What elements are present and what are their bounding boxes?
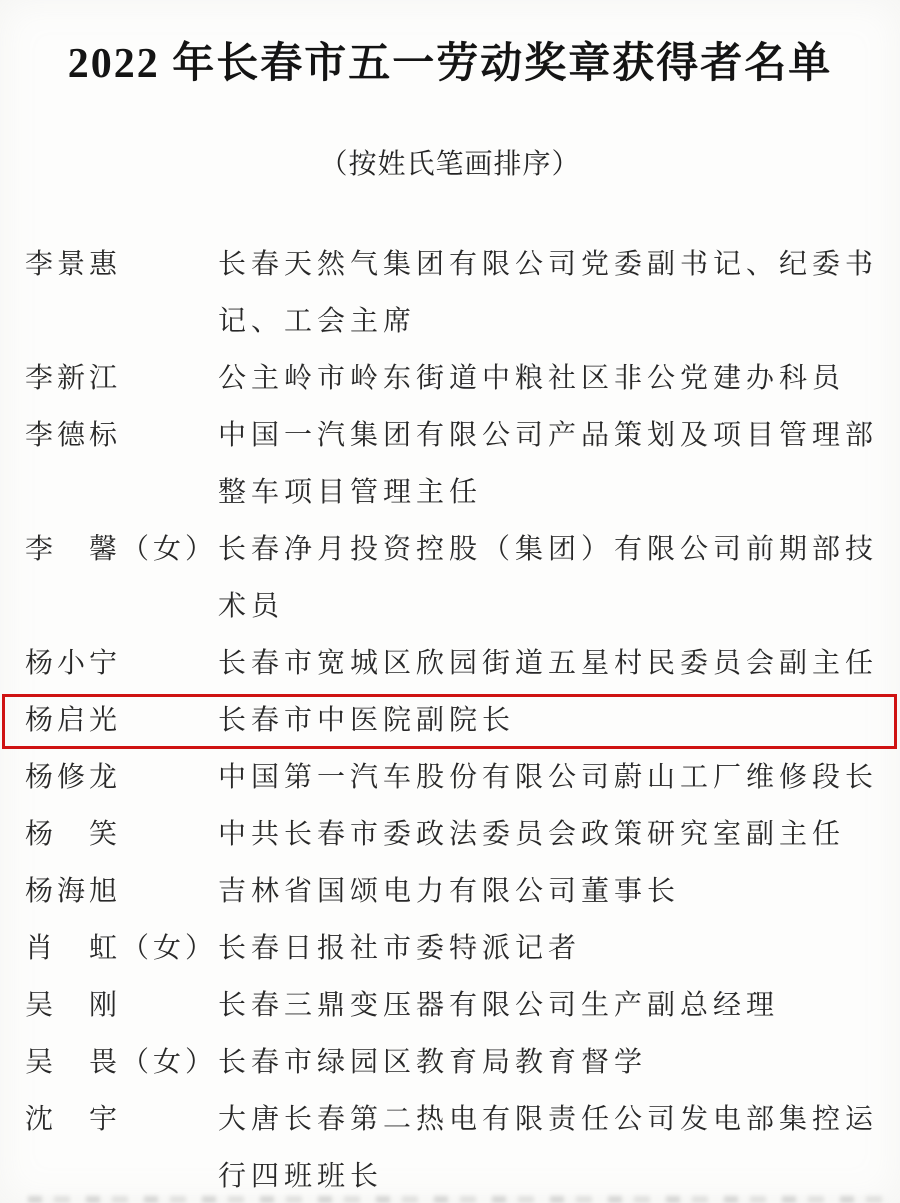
recipient-name: 杨修龙 [25, 749, 218, 806]
recipient-role: 中国一汽集团有限公司产品策划及项目管理部整车项目管理主任 [218, 407, 878, 521]
recipient-role: 吉林省国颂电力有限公司董事长 [218, 863, 878, 920]
recipient-role-line: 长春市绿园区教育局教育督学 [218, 1034, 878, 1091]
recipient-role: 长春净月投资控股（集团）有限公司前期部技术员 [218, 521, 878, 635]
recipient-row: 杨 笑 中共长春市委政法委员会政策研究室副主任 [25, 806, 878, 863]
recipient-role: 公主岭市岭东街道中粮社区非公党建办科员 [218, 350, 878, 407]
recipient-role-line: 中国一汽集团有限公司产品策划及项目管理部 [218, 407, 878, 464]
recipient-role-line: 长春天然气集团有限公司党委副书记、纪委书 [218, 236, 878, 293]
recipient-role: 长春市宽城区欣园街道五星村民委员会副主任 [218, 635, 878, 692]
recipient-name: 肖 虹（女） [25, 920, 218, 977]
recipient-role: 中共长春市委政法委员会政策研究室副主任 [218, 806, 878, 863]
recipient-role-line: 吉林省国颂电力有限公司董事长 [218, 863, 878, 920]
recipient-row: 沈 宇 大唐长春第二热电有限责任公司发电部集控运行四班班长 [25, 1091, 878, 1203]
recipient-role-line: 整车项目管理主任 [218, 464, 878, 521]
recipient-role-line: 记、工会主席 [218, 293, 878, 350]
recipient-role-line: 行四班班长 [218, 1148, 878, 1203]
recipient-row: 杨修龙 中国第一汽车股份有限公司蔚山工厂维修段长 [25, 749, 878, 806]
document-page: 2022 年长春市五一劳动奖章获得者名单 （按姓氏笔画排序） 李景惠 长春天然气… [0, 0, 900, 1203]
recipient-role: 长春天然气集团有限公司党委副书记、纪委书记、工会主席 [218, 236, 878, 350]
recipient-row: 杨小宁 长春市宽城区欣园街道五星村民委员会副主任 [25, 635, 878, 692]
recipient-role-line: 中共长春市委政法委员会政策研究室副主任 [218, 806, 878, 863]
recipient-name: 吴 刚 [25, 977, 218, 1034]
recipient-name: 杨启光 [25, 692, 218, 749]
recipient-role-line: 大唐长春第二热电有限责任公司发电部集控运 [218, 1091, 878, 1148]
recipient-name: 杨小宁 [25, 635, 218, 692]
recipient-name: 李 馨（女） [25, 521, 218, 578]
recipient-row: 肖 虹（女） 长春日报社市委特派记者 [25, 920, 878, 977]
recipient-role-line: 术员 [218, 578, 878, 635]
recipient-role-line: 中国第一汽车股份有限公司蔚山工厂维修段长 [218, 749, 878, 806]
recipient-row: 李新江 公主岭市岭东街道中粮社区非公党建办科员 [25, 350, 878, 407]
recipient-name: 李德标 [25, 407, 218, 464]
recipient-list: 李景惠 长春天然气集团有限公司党委副书记、纪委书记、工会主席 李新江 公主岭市岭… [0, 236, 900, 1203]
recipient-role-line: 长春日报社市委特派记者 [218, 920, 878, 977]
recipient-row: 李景惠 长春天然气集团有限公司党委副书记、纪委书记、工会主席 [25, 236, 878, 350]
recipient-name: 李景惠 [25, 236, 218, 293]
recipient-row: 李德标 中国一汽集团有限公司产品策划及项目管理部整车项目管理主任 [25, 407, 878, 521]
recipient-role-line: 公主岭市岭东街道中粮社区非公党建办科员 [218, 350, 878, 407]
recipient-role: 中国第一汽车股份有限公司蔚山工厂维修段长 [218, 749, 878, 806]
recipient-role: 长春市中医院副院长 [218, 692, 878, 749]
recipient-row: 李 馨（女） 长春净月投资控股（集团）有限公司前期部技术员 [25, 521, 878, 635]
recipient-name: 杨海旭 [25, 863, 218, 920]
recipient-role-line: 长春市中医院副院长 [218, 692, 878, 749]
recipient-row: 吴 畏（女） 长春市绿园区教育局教育督学 [25, 1034, 878, 1091]
recipient-role: 长春三鼎变压器有限公司生产副总经理 [218, 977, 878, 1034]
recipient-role: 长春日报社市委特派记者 [218, 920, 878, 977]
sort-order-note: （按姓氏笔画排序） [0, 147, 900, 183]
recipient-role: 长春市绿园区教育局教育督学 [218, 1034, 878, 1091]
recipient-name: 沈 宇 [25, 1091, 218, 1148]
page-title: 2022 年长春市五一劳动奖章获得者名单 [0, 0, 900, 92]
recipient-role-line: 长春市宽城区欣园街道五星村民委员会副主任 [218, 635, 878, 692]
recipient-name: 杨 笑 [25, 806, 218, 863]
recipient-name: 李新江 [25, 350, 218, 407]
cutoff-text-remnant [28, 1196, 888, 1203]
recipient-row: 杨启光 长春市中医院副院长 [25, 692, 878, 749]
recipient-role: 大唐长春第二热电有限责任公司发电部集控运行四班班长 [218, 1091, 878, 1203]
recipient-row: 杨海旭 吉林省国颂电力有限公司董事长 [25, 863, 878, 920]
recipient-name: 吴 畏（女） [25, 1034, 218, 1091]
recipient-row: 吴 刚 长春三鼎变压器有限公司生产副总经理 [25, 977, 878, 1034]
recipient-role-line: 长春净月投资控股（集团）有限公司前期部技 [218, 521, 878, 578]
recipient-role-line: 长春三鼎变压器有限公司生产副总经理 [218, 977, 878, 1034]
